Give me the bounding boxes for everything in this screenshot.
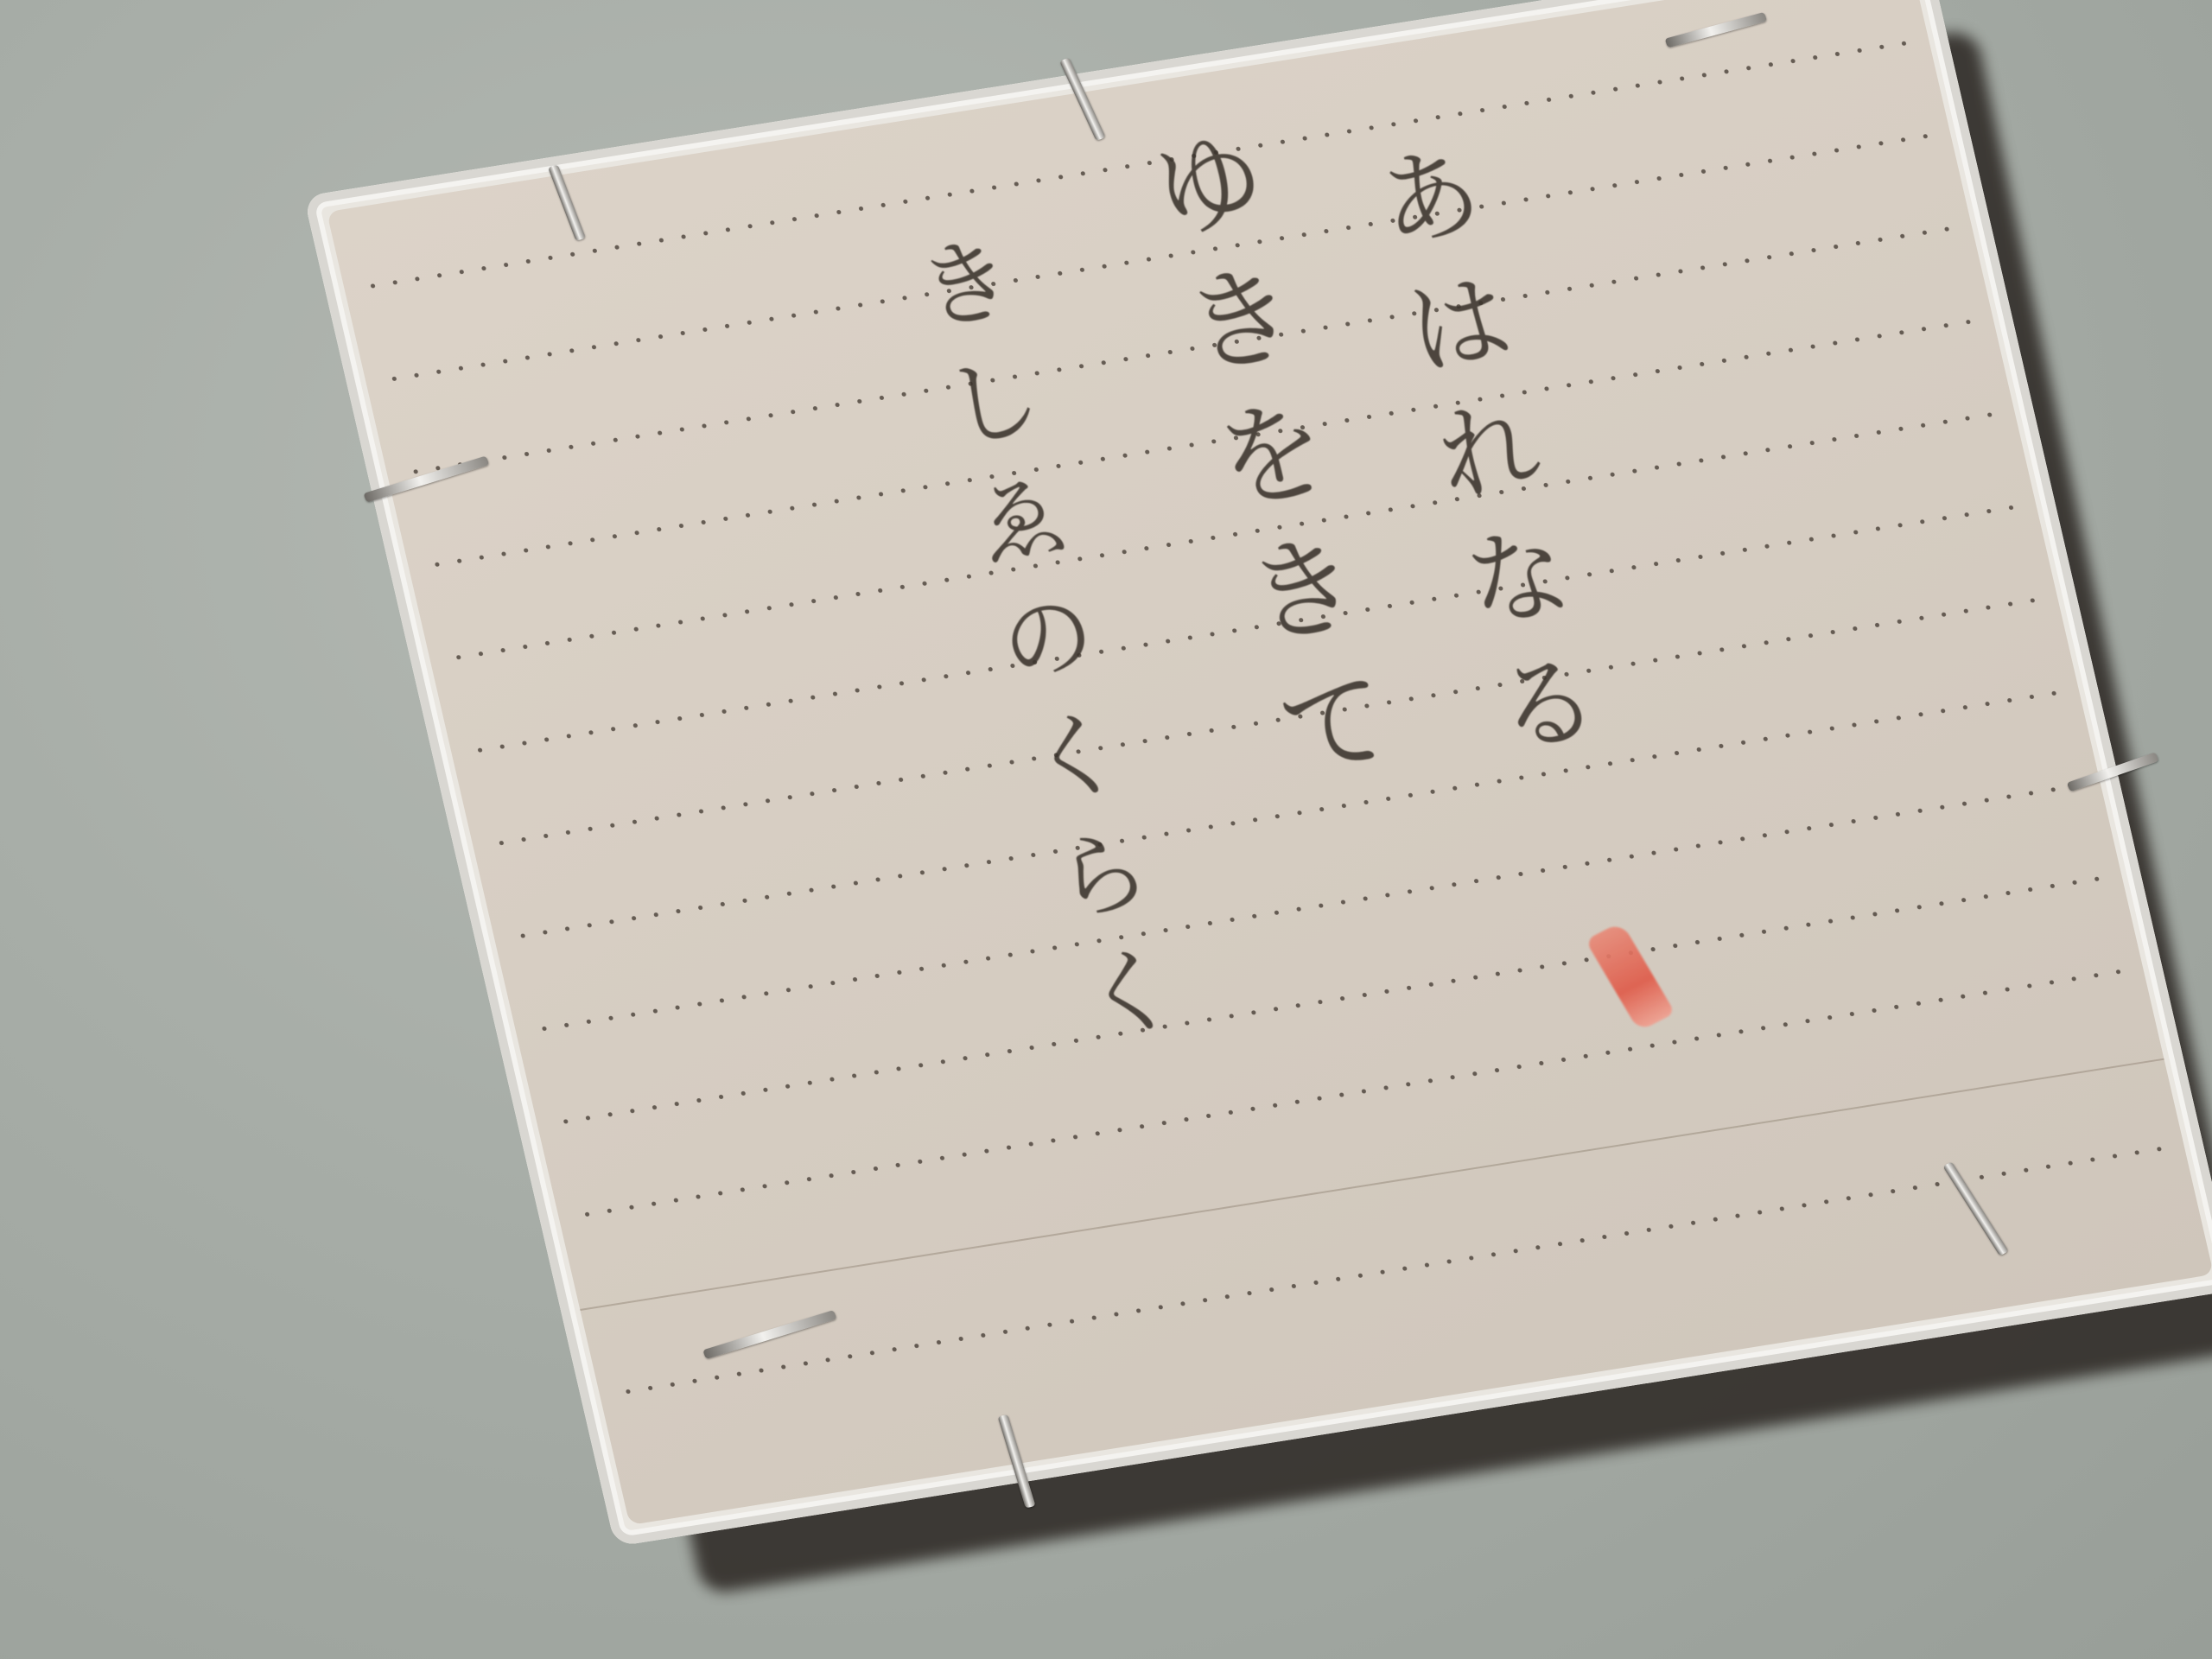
paper-sheet: あはれなる ゆきをきて きしゑのくらく red seal mark — [327, 0, 2212, 1525]
framed-calligraphy: あはれなる ゆきをきて きしゑのくらく red seal mark — [303, 0, 2212, 1547]
